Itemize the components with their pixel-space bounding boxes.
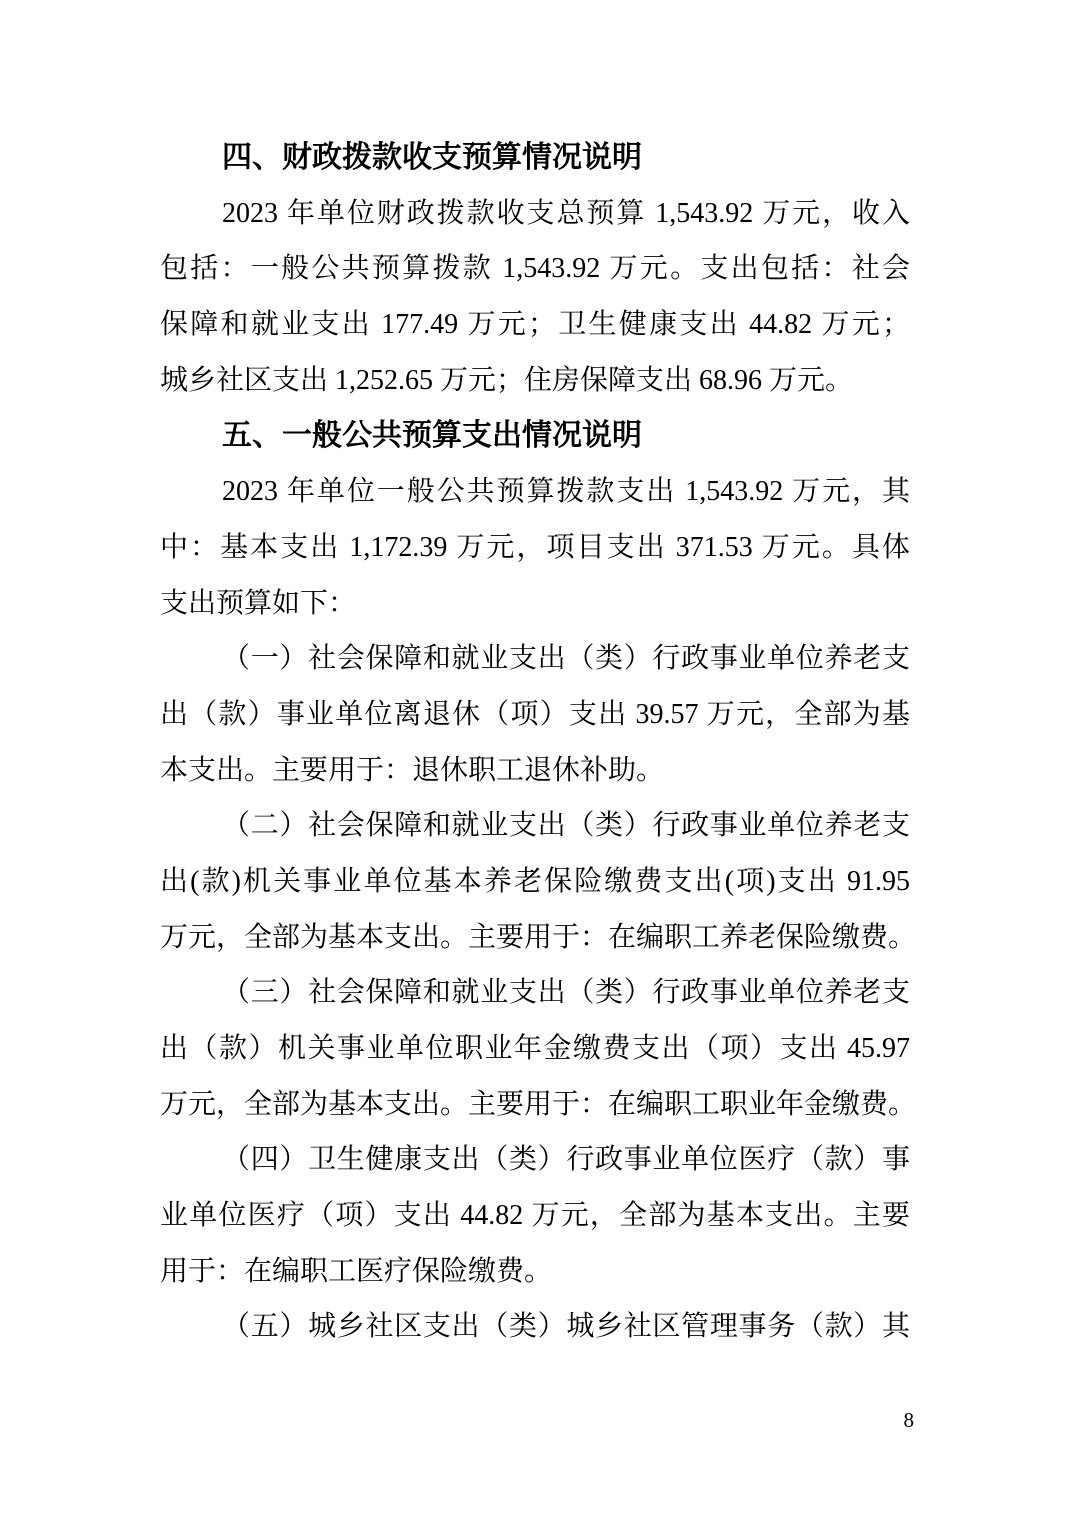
document-page: 四、财政拨款收支预算情况说明 2023 年单位财政拨款收支总预算 1,543.9… (0, 0, 1075, 1520)
paragraph-line: （一）社会保障和就业支出（类）行政事业单位养老支 (160, 631, 910, 687)
paragraph-item-1-retirement: （一）社会保障和就业支出（类）行政事业单位养老支 出（款）事业单位离退休（项）支… (160, 631, 910, 798)
paragraph-line: 万元，全部为基本支出。主要用于：在编职工养老保险缴费。 (160, 910, 910, 966)
paragraph-line: 2023 年单位财政拨款收支总预算 1,543.92 万元，收入 (160, 186, 910, 242)
paragraph-line: 出（款）机关事业单位职业年金缴费支出（项）支出 45.97 (160, 1021, 910, 1077)
section-heading-4: 四、财政拨款收支预算情况说明 (160, 130, 910, 186)
paragraph-line: 保障和就业支出 177.49 万元；卫生健康支出 44.82 万元； (160, 297, 910, 353)
paragraph-item-2-basic-pension: （二）社会保障和就业支出（类）行政事业单位养老支 出(款)机关事业单位基本养老保… (160, 798, 910, 965)
paragraph-line: 本支出。主要用于：退休职工退休补助。 (160, 743, 910, 799)
paragraph-line: （三）社会保障和就业支出（类）行政事业单位养老支 (160, 965, 910, 1021)
section-heading-5: 五、一般公共预算支出情况说明 (160, 408, 910, 464)
page-number: 8 (904, 1406, 915, 1434)
paragraph-line: 出（款）事业单位离退休（项）支出 39.57 万元，全部为基 (160, 687, 910, 743)
paragraph-line: （四）卫生健康支出（类）行政事业单位医疗（款）事 (160, 1132, 910, 1188)
paragraph-line: 支出预算如下： (160, 576, 910, 632)
paragraph-line: 2023 年单位一般公共预算拨款支出 1,543.92 万元，其 (160, 464, 910, 520)
paragraph-item-3-annuity: （三）社会保障和就业支出（类）行政事业单位养老支 出（款）机关事业单位职业年金缴… (160, 965, 910, 1132)
paragraph-fiscal-appropriation-summary: 2023 年单位财政拨款收支总预算 1,543.92 万元，收入 包括：一般公共… (160, 186, 910, 409)
paragraph-line: 出(款)机关事业单位基本养老保险缴费支出(项)支出 91.95 (160, 854, 910, 910)
paragraph-line: （五）城乡社区支出（类）城乡社区管理事务（款）其 (160, 1299, 910, 1355)
document-body: 四、财政拨款收支预算情况说明 2023 年单位财政拨款收支总预算 1,543.9… (160, 130, 910, 1355)
paragraph-item-4-medical: （四）卫生健康支出（类）行政事业单位医疗（款）事 业单位医疗（项）支出 44.8… (160, 1132, 910, 1299)
paragraph-line: 用于：在编职工医疗保险缴费。 (160, 1244, 910, 1300)
paragraph-line: 中：基本支出 1,172.39 万元，项目支出 371.53 万元。具体 (160, 520, 910, 576)
paragraph-line: 包括：一般公共预算拨款 1,543.92 万元。支出包括：社会 (160, 241, 910, 297)
paragraph-line: （二）社会保障和就业支出（类）行政事业单位养老支 (160, 798, 910, 854)
paragraph-general-budget-summary: 2023 年单位一般公共预算拨款支出 1,543.92 万元，其 中：基本支出 … (160, 464, 910, 631)
paragraph-line: 业单位医疗（项）支出 44.82 万元，全部为基本支出。主要 (160, 1188, 910, 1244)
paragraph-line: 城乡社区支出 1,252.65 万元；住房保障支出 68.96 万元。 (160, 353, 910, 409)
paragraph-line: 万元，全部为基本支出。主要用于：在编职工职业年金缴费。 (160, 1077, 910, 1133)
paragraph-item-5-community: （五）城乡社区支出（类）城乡社区管理事务（款）其 (160, 1299, 910, 1355)
